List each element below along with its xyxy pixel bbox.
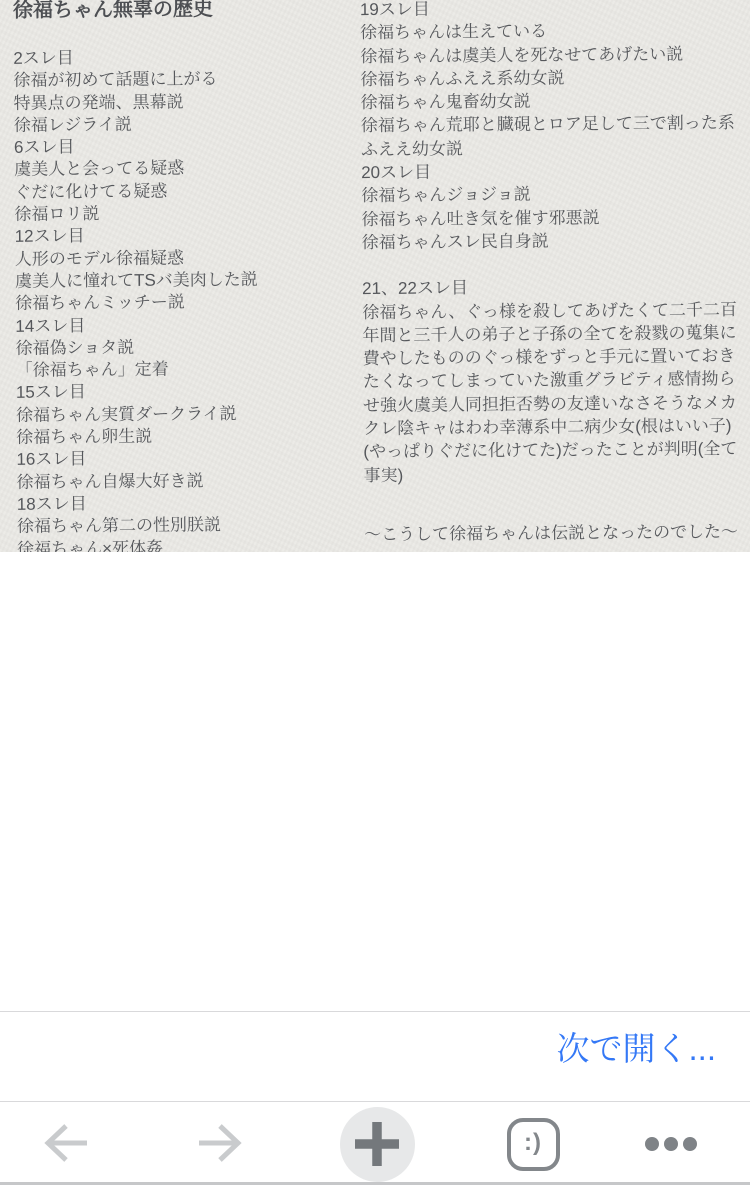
- text-line: 「徐福ちゃん」定着: [16, 357, 364, 382]
- closing-line: ～こうして徐福ちゃんは伝説となったのでした～: [364, 520, 744, 546]
- image-text-content: 徐福ちゃん無辜の歴史 2スレ目徐福が初めて話題に上がる特異点の発端、黒幕説徐福レ…: [0, 0, 750, 552]
- right-column: 19スレ目徐福ちゃんは生えている徐福ちゃんは虞美人を死なせてあげたい説徐福ちゃん…: [360, 0, 744, 546]
- thread-21-22-body: 徐福ちゃん、ぐっ様を殺してあげたくて二千二百年間と三千人の弟子と子孫の全てを殺戮…: [362, 298, 743, 487]
- text-line: 徐福ちゃん鬼畜幼女説: [361, 88, 741, 114]
- text-line: 徐福ちゃん実質ダークライ説: [16, 402, 364, 427]
- more-button[interactable]: [626, 1103, 716, 1185]
- ellipsis-icon: [645, 1137, 697, 1151]
- text-line: 徐福が初めて話題に上がる: [13, 67, 361, 92]
- text-line: 6スレ目: [14, 134, 362, 159]
- text-line: 徐福ロリ説: [14, 201, 362, 226]
- image-title: 徐福ちゃん無辜の歴史: [13, 0, 361, 23]
- text-line: 20スレ目: [361, 158, 741, 184]
- text-line: ぐだに化けてる疑惑: [14, 179, 362, 204]
- shared-image[interactable]: 徐福ちゃん無辜の歴史 2スレ目徐福が初めて話題に上がる特異点の発端、黒幕説徐福レ…: [0, 0, 750, 552]
- text-line: 特異点の発端、黒幕説: [14, 90, 362, 115]
- bottom-toolbar: :): [0, 1103, 750, 1185]
- thread-21-22-section: 21、22スレ目 徐福ちゃん、ぐっ様を殺してあげたくて二千二百年間と三千人の弟子…: [362, 274, 744, 487]
- text-line: 2スレ目: [13, 45, 361, 70]
- thread-21-22-header: 21、22スレ目: [362, 274, 742, 300]
- text-line: 12スレ目: [15, 223, 363, 248]
- text-line: 徐福ちゃん第二の性別朕説: [17, 513, 365, 538]
- back-button[interactable]: [21, 1103, 111, 1185]
- back-arrow-icon: [42, 1122, 90, 1167]
- new-tab-button[interactable]: [332, 1103, 422, 1185]
- text-line: 徐福偽ショタ説: [15, 335, 363, 360]
- text-line: 18スレ目: [17, 491, 365, 516]
- text-line: 15スレ目: [16, 380, 364, 405]
- text-line: 徐福レジライ説: [14, 112, 362, 137]
- text-line: 徐福ちゃん卵生説: [16, 424, 364, 449]
- forward-arrow-icon: [196, 1122, 244, 1167]
- plus-icon: [340, 1107, 415, 1182]
- left-column-lines: 2スレ目徐福が初めて話題に上がる特異点の発端、黒幕説徐福レジライ説6スレ目虞美人…: [13, 45, 365, 552]
- left-column: 徐福ちゃん無辜の歴史 2スレ目徐福が初めて話題に上がる特異点の発端、黒幕説徐福レ…: [13, 0, 365, 552]
- open-next-bar: 次で開く...: [0, 1011, 750, 1102]
- text-line: 徐福ちゃん×死体姦: [17, 536, 365, 552]
- text-line: 徐福ちゃんふええ系幼女説: [360, 65, 740, 91]
- text-line: 徐福ちゃん自爆大好き説: [17, 469, 365, 494]
- open-next-link[interactable]: 次で開く...: [556, 1031, 716, 1067]
- text-line: 徐福ちゃん荒耶と臓硯とロア足して三で割った系ふええ幼女説: [361, 112, 741, 162]
- browser-screen: 徐福ちゃん無辜の歴史 2スレ目徐福が初めて話題に上がる特異点の発端、黒幕説徐福レ…: [0, 0, 750, 1185]
- text-line: 徐福ちゃんスレ民自身説: [362, 228, 742, 254]
- text-line: 14スレ目: [15, 313, 363, 338]
- right-column-lines: 19スレ目徐福ちゃんは生えている徐福ちゃんは虞美人を死なせてあげたい説徐福ちゃん…: [360, 0, 742, 254]
- text-line: 人形のモデル徐福疑惑: [15, 246, 363, 271]
- text-line: 徐福ちゃんジョジョ説: [361, 181, 741, 207]
- text-line: 16スレ目: [16, 446, 364, 471]
- forward-button[interactable]: [175, 1103, 265, 1185]
- text-line: 徐福ちゃんミッチー説: [15, 290, 363, 315]
- text-line: 徐福ちゃんは生えている: [360, 18, 740, 44]
- text-line: 虞美人に憧れてTSバ美肉した説: [15, 268, 363, 293]
- smiley-tab-icon: :): [507, 1118, 560, 1171]
- text-line: 虞美人と会ってる疑惑: [14, 157, 362, 182]
- tabs-button[interactable]: :): [488, 1103, 578, 1185]
- text-line: 徐福ちゃん吐き気を催す邪悪説: [361, 205, 741, 231]
- text-line: 徐福ちゃんは虞美人を死なせてあげたい説: [360, 42, 740, 68]
